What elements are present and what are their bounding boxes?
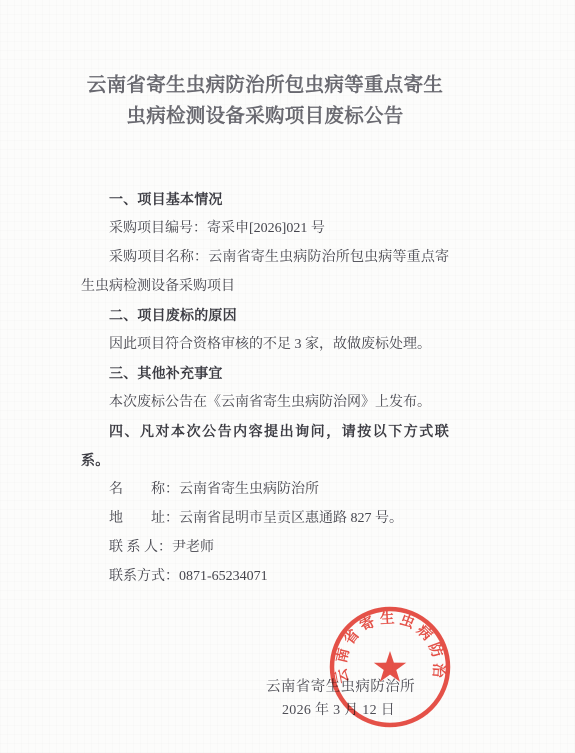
document-title-line2: 虫病检测设备采购项目废标公告 xyxy=(81,101,449,132)
document-title-line1: 云南省寄生虫病防治所包虫病等重点寄生 xyxy=(81,70,449,101)
contact-address-line: 地 址：云南省昆明市呈贡区惠通路 827 号。 xyxy=(81,504,449,533)
section-heading-2: 二、项目废标的原因 xyxy=(81,301,449,330)
section-heading-1: 一、项目基本情况 xyxy=(81,185,449,214)
document-title: 云南省寄生虫病防治所包虫病等重点寄生 虫病检测设备采购项目废标公告 xyxy=(81,70,449,132)
project-name-line: 采购项目名称：云南省寄生虫病防治所包虫病等重点寄生虫病检测设备采购项目 xyxy=(81,243,449,301)
publication-line: 本次废标公告在《云南省寄生虫病防治网》上发布。 xyxy=(81,388,449,417)
contact-person-line: 联 系 人：尹老师 xyxy=(81,533,449,562)
project-number-line: 采购项目编号：寄采申[2026]021 号 xyxy=(81,214,449,243)
contact-name-line: 名 称：云南省寄生虫病防治所 xyxy=(81,475,449,504)
cancellation-reason-line: 因此项目符合资格审核的不足 3 家，故做废标处理。 xyxy=(81,330,449,359)
document-body: 一、项目基本情况 采购项目编号：寄采申[2026]021 号 采购项目名称：云南… xyxy=(81,185,449,591)
seal-arc-text: 云南省寄生虫病防治所 xyxy=(328,605,448,685)
signature-date: 2026 年 3 月 12 日 xyxy=(282,701,395,721)
signature-org-name: 云南省寄生虫病防治所 xyxy=(266,677,415,697)
document-page: 云南省寄生虫病防治所包虫病等重点寄生 虫病检测设备采购项目废标公告 一、项目基本… xyxy=(0,0,575,753)
contact-phone-line: 联系方式：0871-65234071 xyxy=(81,562,449,591)
section-heading-3: 三、其他补充事宜 xyxy=(81,359,449,388)
section-heading-4: 四、凡对本次公告内容提出询问，请按以下方式联系。 xyxy=(81,417,449,475)
